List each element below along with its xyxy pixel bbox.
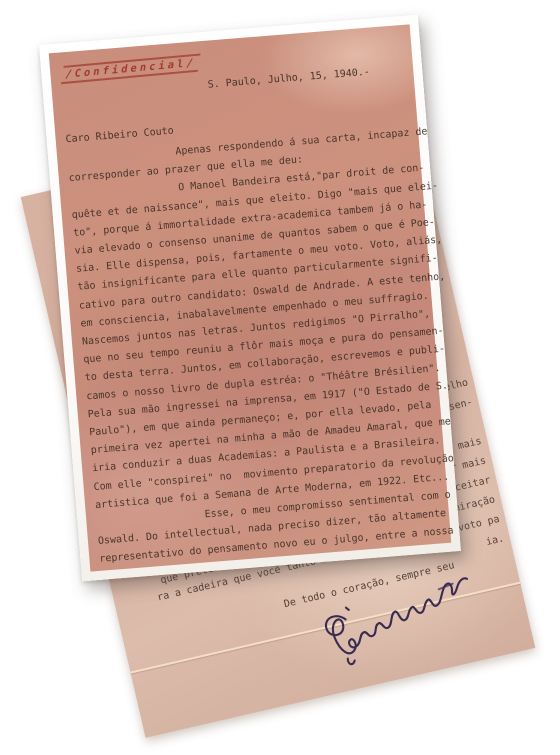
front-letter-page: /Confidencial/ S. Paulo, Julho, 15, 1940… [49, 24, 452, 571]
dateline: S. Paulo, Julho, 15, 1940.- [207, 67, 370, 91]
signature-i-dot [346, 607, 349, 610]
salutation: Caro Ribeiro Couto [65, 126, 174, 146]
letter-body: Apenas respondendo á sua carta, incapaz … [67, 124, 451, 570]
confidential-stamp: /Confidencial/ [61, 54, 200, 85]
front-letter-frame: /Confidencial/ S. Paulo, Julho, 15, 1940… [39, 15, 461, 582]
scene: velhopresen-s maisr maisacceitaradmiraçã… [0, 0, 560, 755]
signature-flick [347, 657, 355, 665]
edge-fragment: r mais [449, 455, 487, 474]
edge-fragment: ia. [485, 533, 505, 548]
